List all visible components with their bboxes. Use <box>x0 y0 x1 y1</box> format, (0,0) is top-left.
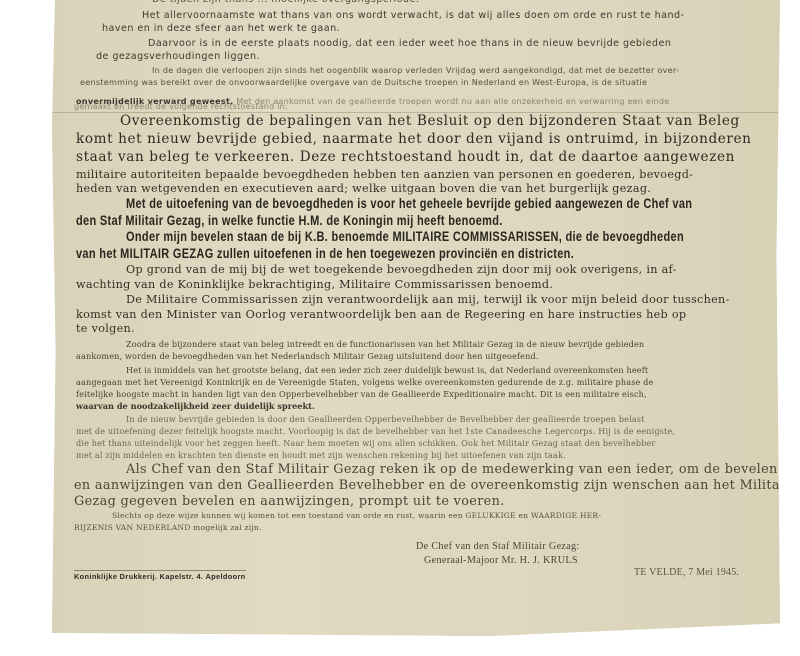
paragraph-7-line-1: Op grond van de mij bij de wet toegekend… <box>126 263 677 276</box>
place-date: TE VELDE, 7 Mei 1945. <box>634 567 739 578</box>
paragraph-12-line-2: en aanwijzingen van den Geallieerden Bev… <box>74 478 791 493</box>
paragraph-11-line-3: die het thans uiteindelijk voor het zegg… <box>76 438 656 448</box>
paragraph-13-line-1: Slechts op deze wijze kunnen wij komen t… <box>112 511 601 520</box>
paragraph-4-line-1: Overeenkomstig de bepalingen van het Bes… <box>120 113 740 129</box>
paragraph-3-line-1: In de dagen die verloopen zijn sinds het… <box>152 65 679 75</box>
paragraph-3-line-4: gemaakt en treedt de volgende rechtstoes… <box>74 101 288 111</box>
signature-name: Generaal-Majoor Mr. H. J. KRULS <box>424 555 578 566</box>
paragraph-8-line-1: De Militaire Commissarissen zijn verantw… <box>126 293 730 306</box>
paragraph-9-line-1: Zoodra de bijzondere staat van beleg int… <box>126 339 644 349</box>
paragraph-4-line-5: heden van wetgevenden en executieven aar… <box>76 182 651 195</box>
paragraph-11-line-4: met al zijn middelen en krachten ten die… <box>76 450 566 460</box>
paragraph-2-line-2: de gezagsverhoudingen liggen. <box>96 51 260 62</box>
paragraph-12-line-1: Als Chef van den Staf Militair Gezag rek… <box>126 462 778 477</box>
paragraph-4-line-3: staat van beleg te verkeeren. Deze recht… <box>76 149 735 165</box>
proclamation-poster: De tijden zijn thans ... moeilijke overg… <box>52 0 780 636</box>
paragraph-0-line-1: De tijden zijn thans ... moeilijke overg… <box>152 0 419 5</box>
paragraph-1-line-1: Het allervoornaamste wat thans van ons w… <box>142 10 684 21</box>
signature-title: De Chef van den Staf Militair Gezag: <box>416 541 580 552</box>
paragraph-7-line-2: wachting van de Koninklijke bekrachtigin… <box>76 278 553 291</box>
paragraph-9-line-2: aankomen, worden de bevoegdheden van het… <box>76 351 539 361</box>
paragraph-10-line-2: aangegaan met het Vereenigd Koninkrijk e… <box>76 377 653 387</box>
paragraph-12-line-3: Gezag gegeven bevelen en aanwijzingen, p… <box>74 494 505 509</box>
paragraph-11-line-1: In de nieuw bevrijde gebieden is door de… <box>126 414 645 424</box>
paragraph-4-line-2: komt het nieuw bevrijde gebied, naarmate… <box>76 131 752 147</box>
paragraph-1-line-2: haven en in deze sfeer aan het werk te g… <box>102 23 340 34</box>
paragraph-6-line-2: van het MILITAIR GEZAG zullen uitoefenen… <box>76 246 574 261</box>
paragraph-3-line-2: eenstemming was bereikt over de onvoorwa… <box>80 77 647 87</box>
paragraph-2-line-1: Daarvoor is in de eerste plaats noodig, … <box>148 38 671 49</box>
paragraph-10-line-1: Het is inmiddels van het grootste belang… <box>126 365 648 375</box>
paragraph-10-line-3: feitelijke hoogste macht in handen ligt … <box>76 389 647 399</box>
paragraph-5-line-2: den Staf Militair Gezag, in welke functi… <box>76 213 503 228</box>
paragraph-3-line-3-rest: Met den aankomst van de geallieerde troe… <box>233 96 669 106</box>
paragraph-10-line-4: waarvan de noodzakelijkheid zeer duideli… <box>76 401 315 411</box>
paragraph-13-line-2: RIJZENIS VAN NEDERLAND mogelijk zal zijn… <box>74 523 262 532</box>
printer-imprint: Koninklijke Drukkerij. Kapelstr. 4. Apel… <box>74 570 246 581</box>
paragraph-5-line-1: Met de uitoefening van de bevoegdheden i… <box>126 196 692 211</box>
paragraph-6-line-1: Onder mijn bevelen staan de bij K.B. ben… <box>126 229 684 244</box>
paragraph-8-line-3: te volgen. <box>76 322 135 335</box>
paragraph-8-line-2: komst van den Minister van Oorlog verant… <box>76 308 686 321</box>
paragraph-4-line-4: militaire autoriteiten bepaalde bevoegdh… <box>76 168 693 181</box>
paragraph-11-line-2: met de uitoefening dezer feitelijk hoogs… <box>76 426 675 436</box>
